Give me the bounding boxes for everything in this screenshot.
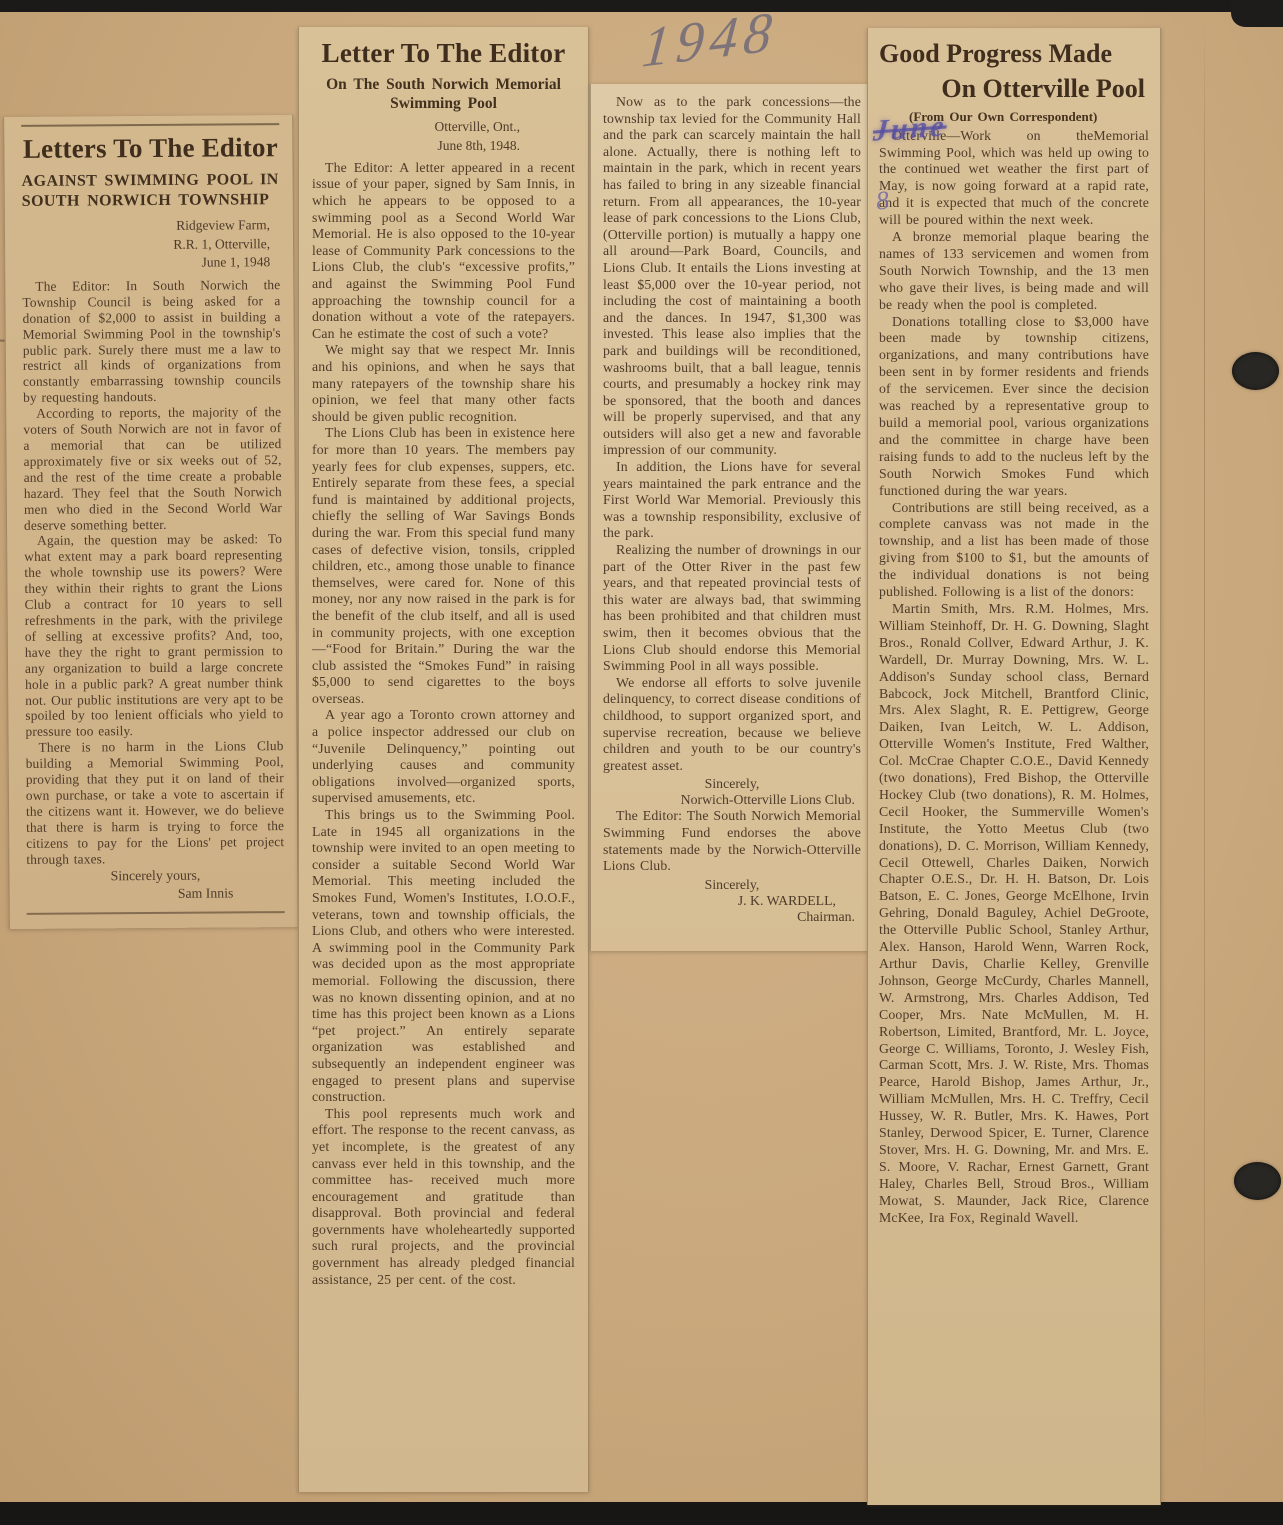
signoff-closing: Sincerely yours,: [26, 868, 284, 886]
paragraph: A bronze memorial plaque bearing the nam…: [879, 229, 1149, 314]
paragraph: There is no harm in the Lions Club build…: [26, 738, 285, 867]
article-title-line1: Good Progress Made: [879, 40, 1149, 67]
article-title-line2: On Otterville Pool: [879, 75, 1149, 102]
paragraph: Now as to the park concessions—the towns…: [603, 94, 861, 459]
clipping-against-pool: Letters To The Editor AGAINST SWIMMING P…: [3, 115, 299, 929]
clipping-letter-to-editor: Letter To The Editor On The South Norwic…: [298, 27, 589, 1492]
dateline-line: June 1, 1948: [22, 253, 280, 273]
paragraph: The Editor: A letter appeared in a recen…: [312, 160, 575, 343]
binder-punch-hole-top: [1232, 352, 1279, 390]
article-body: The Editor: A letter appeared in a recen…: [312, 160, 575, 1288]
paragraph: The Lions Club has been in existence her…: [312, 425, 575, 707]
paragraph: Realizing the number of drownings in our…: [603, 542, 861, 675]
article-body: The Editor: In South Norwich the Townshi…: [22, 277, 284, 867]
paragraph: This pool represents much work and effor…: [312, 1106, 575, 1289]
dateline-line: Ridgeview Farm,: [22, 216, 280, 236]
paragraph: Contributions are still being received, …: [879, 500, 1149, 601]
paragraph: Donations totalling close to $3,000 have…: [879, 314, 1149, 500]
article-body: Otterville—Work on theMemorial Swimming …: [879, 128, 1149, 1227]
article-title: Letter To The Editor: [312, 39, 575, 69]
paragraph: Again, the question may be asked: To wha…: [24, 532, 283, 741]
dateline-line: Otterville, Ont.,: [312, 118, 575, 136]
editor-note: The Editor: The South Norwich Memorial S…: [603, 808, 861, 874]
clipping-letter-continuation: Now as to the park concessions—the towns…: [590, 84, 874, 951]
clipping-good-progress: Good Progress Made On Otterville Pool (F…: [867, 28, 1161, 1505]
paragraph: In addition, the Lions have for several …: [603, 459, 861, 542]
signoff-closing: Sincerely,: [603, 776, 861, 792]
photo-edge-bottom: [0, 1502, 1283, 1525]
paragraph: A year ago a Toronto crown attorney and …: [312, 707, 575, 807]
paragraph: This brings us to the Swimming Pool. Lat…: [312, 807, 575, 1106]
article-title: Letters To The Editor: [21, 133, 279, 164]
paragraph: The Editor: In South Norwich the Townshi…: [22, 277, 281, 406]
paragraph: We might say that we respect Mr. Innis a…: [312, 342, 575, 425]
page-crease-line: [1204, 12, 1205, 1502]
article-subtitle: On The South Norwich Memorial Swimming P…: [312, 75, 575, 114]
scrapbook-page: { "page": { "year_annotation": "1948", "…: [0, 0, 1283, 1525]
article-subtitle: AGAINST SWIMMING POOL IN SOUTH NORWICH T…: [22, 170, 280, 213]
paragraph: According to reports, the majority of th…: [23, 404, 282, 533]
dateline-line: June 8th, 1948.: [312, 137, 575, 155]
signoff-name: Sam Innis: [27, 886, 285, 904]
paragraph: We endorse all efforts to solve juvenile…: [603, 675, 861, 775]
article-body: Now as to the park concessions—the towns…: [603, 94, 861, 774]
photo-edge-top: [0, 0, 1283, 12]
dateline-line: R.R. 1, Otterville,: [22, 235, 280, 255]
signoff-title: Chairman.: [603, 909, 861, 925]
handwritten-year: 1948: [640, 0, 781, 81]
photo-edge-top-corner: [1231, 0, 1283, 27]
signoff-name: Norwich-Otterville Lions Club.: [603, 792, 861, 808]
donor-list-paragraph: Martin Smith, Mrs. R.M. Holmes, Mrs. Wil…: [879, 601, 1149, 1227]
paragraph: The Editor: The South Norwich Memorial S…: [603, 808, 861, 874]
signoff-name: J. K. WARDELL,: [603, 893, 861, 909]
paragraph: Otterville—Work on theMemorial Swimming …: [879, 128, 1149, 229]
signoff-closing: Sincerely,: [603, 877, 861, 893]
correspondent-byline: (From Our Own Correspondent): [879, 109, 1149, 125]
binder-punch-hole-bottom: [1234, 1162, 1281, 1200]
